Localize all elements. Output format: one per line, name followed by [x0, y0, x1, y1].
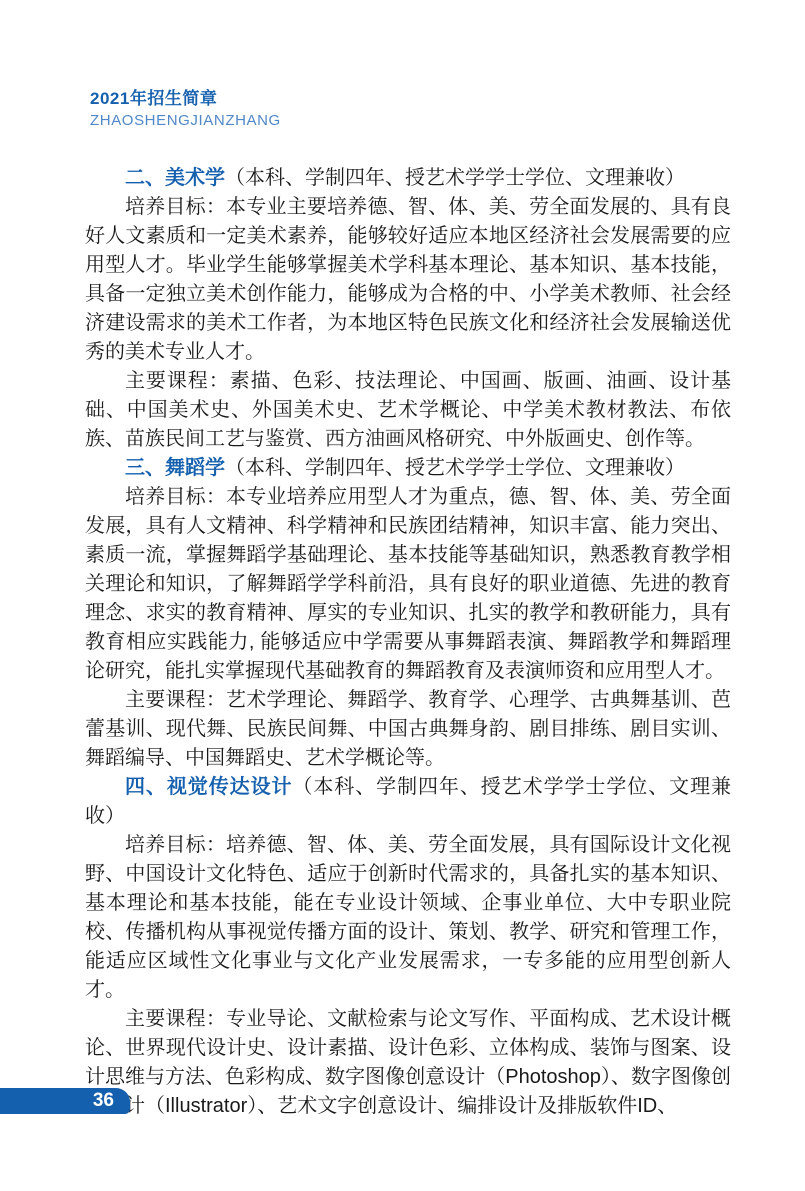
section-heading: 二、美术学（本科、学制四年、授艺术学学士学位、文理兼收） — [85, 164, 731, 193]
section-title-suffix: （本科、学制四年、授艺术学学士学位、文理兼收） — [225, 167, 685, 189]
body-paragraph: 主要课程：素描、色彩、技法理论、中国画、版画、油画、设计基础、中国美术史、外国美… — [85, 367, 731, 454]
section-heading: 四、视觉传达设计（本科、学制四年、授艺术学学士学位、文理兼收） — [85, 773, 731, 831]
body-paragraph: 主要课程：艺术学理论、舞蹈学、教育学、心理学、古典舞基训、芭蕾基训、现代舞、民族… — [85, 686, 731, 773]
brochure-page: 2021年招生简章 ZHAOSHENGJIANZHANG 二、美术学（本科、学制… — [0, 0, 805, 1191]
document-body: 二、美术学（本科、学制四年、授艺术学学士学位、文理兼收）培养目标：本专业主要培养… — [85, 164, 731, 1121]
body-paragraph: 培养目标：本专业培养应用型人才为重点，德、智、体、美、劳全面发展，具有人文精神、… — [85, 483, 731, 686]
section-title: 四、视觉传达设计 — [125, 776, 292, 798]
body-paragraph: 主要课程：专业导论、文献检索与论文写作、平面构成、艺术设计概论、世界现代设计史、… — [85, 1005, 731, 1121]
body-paragraph: 培养目标：本专业主要培养德、智、体、美、劳全面发展的、具有良好人文素质和一定美术… — [85, 193, 731, 367]
brochure-subtitle: ZHAOSHENGJIANZHANG — [90, 112, 281, 129]
body-paragraph: 培养目标：培养德、智、体、美、劳全面发展，具有国际设计文化视野、中国设计文化特色… — [85, 831, 731, 1005]
section-title: 二、美术学 — [125, 167, 225, 189]
section-heading: 三、舞蹈学（本科、学制四年、授艺术学学士学位、文理兼收） — [85, 454, 731, 483]
section-title-suffix: （本科、学制四年、授艺术学学士学位、文理兼收） — [225, 457, 685, 479]
page-number-bar: 36 — [0, 1088, 130, 1114]
page-number: 36 — [93, 1090, 114, 1112]
brochure-title: 2021年招生简章 — [90, 84, 281, 109]
section-title: 三、舞蹈学 — [125, 457, 225, 479]
page-header: 2021年招生简章 ZHAOSHENGJIANZHANG — [90, 84, 281, 129]
